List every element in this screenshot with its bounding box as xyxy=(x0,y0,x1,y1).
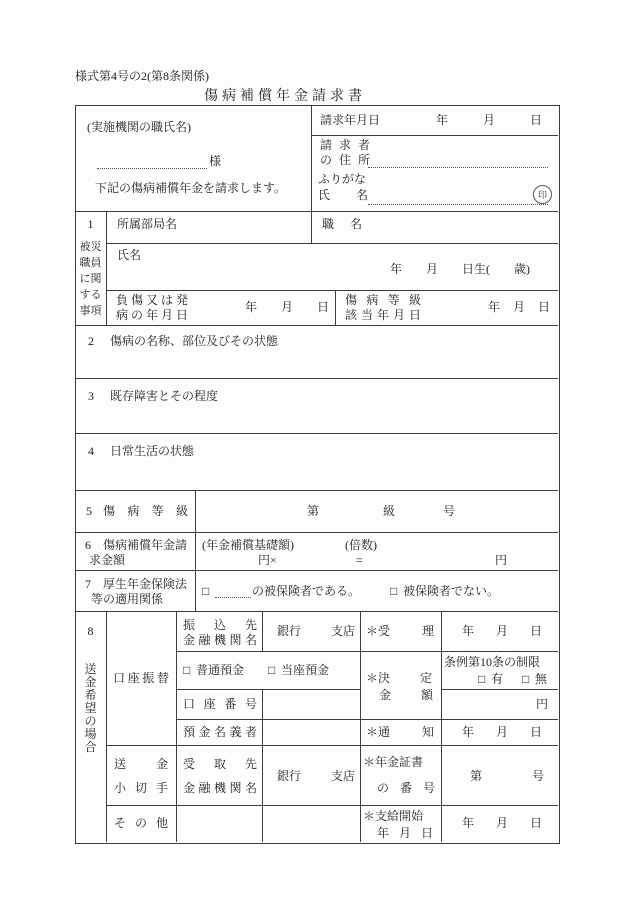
office-notice-label-p2: 知 xyxy=(422,725,434,739)
form-number: 様式第4号の2(第8条関係) xyxy=(75,69,209,83)
bank-label: 銀行 xyxy=(277,624,301,638)
grade-number-label: 号 xyxy=(443,504,455,518)
divider xyxy=(176,611,177,842)
divider xyxy=(106,805,558,806)
name-label: 氏名 xyxy=(318,188,368,202)
divider xyxy=(75,570,558,571)
day-label: 日 xyxy=(530,113,542,127)
page-title: 傷病補償年金請求書 xyxy=(0,85,570,105)
divider xyxy=(106,211,107,325)
receiver-bank-label-line2: 金融機関名 xyxy=(183,781,257,795)
honorific-label: 様 xyxy=(209,154,221,168)
insurer-name-input-line[interactable] xyxy=(215,596,251,598)
multiplier-label: (倍数) xyxy=(345,538,377,552)
address-input-line[interactable] xyxy=(368,166,548,168)
year-label: 年 xyxy=(462,725,474,739)
office-notice-label-p1: ＊通 xyxy=(366,725,390,739)
not-insured-option-label: 被保険者でない。 xyxy=(403,584,499,598)
divider xyxy=(75,378,558,379)
section8-side-label: 送金希望の場合 xyxy=(84,663,98,754)
account-transfer-label: 口座振替 xyxy=(113,671,169,685)
furigana-label: ふりがな xyxy=(318,172,366,186)
seal-label: 印 xyxy=(538,188,547,201)
account-number-label: 口座番号 xyxy=(183,697,257,711)
payment-start-date-field[interactable]: 年 月 日 xyxy=(462,816,542,830)
month-label: 月 xyxy=(483,113,495,127)
payment-start-label-line1: ＊支給開始 xyxy=(363,809,423,823)
employee-name-label: 氏名 xyxy=(117,248,141,262)
year-label: 年 xyxy=(462,624,474,638)
declaration-text: 下記の傷病補償年金を請求します。 xyxy=(95,181,286,195)
section6-label-line2: 求金額 xyxy=(89,553,125,567)
section4-number: 4 xyxy=(88,444,94,458)
payee-bank-label-line2: 金融機関名 xyxy=(183,633,257,647)
request-date-label: 請求年月日 xyxy=(320,113,380,127)
divider xyxy=(75,611,558,612)
divider xyxy=(195,490,196,611)
yen-label: 円 xyxy=(495,553,507,567)
request-date-field[interactable]: 年 月 日 xyxy=(436,113,542,127)
divider xyxy=(176,651,558,652)
check-label-line2: 小切手 xyxy=(114,781,168,795)
divider xyxy=(106,290,558,291)
name-input-line[interactable] xyxy=(368,203,548,205)
year-label: 年 xyxy=(462,816,474,830)
month-label: 月 xyxy=(513,300,525,314)
section3-number: 3 xyxy=(88,389,94,403)
payment-start-label-line2: 年月日 xyxy=(377,826,433,840)
form-page: 様式第4号の2(第8条関係) 傷病補償年金請求書 (実施機関の職氏名) 様 下記… xyxy=(0,0,630,915)
month-label: 月 xyxy=(496,816,508,830)
month-label: 月 xyxy=(496,725,508,739)
divider xyxy=(360,611,361,842)
divider xyxy=(262,611,263,651)
injury-date-field[interactable]: 年 月 日 xyxy=(245,300,329,314)
birthdate-label: 年 月 日生( 歳) xyxy=(390,262,530,276)
section8-number: 8 xyxy=(88,624,94,639)
divider xyxy=(75,490,558,491)
office-decided-label-p3: 金 xyxy=(379,688,391,702)
month-label: 月 xyxy=(496,624,508,638)
year-label: 年 xyxy=(488,300,500,314)
position-label: 職名 xyxy=(322,217,362,231)
notice-date-field[interactable]: 年 月 日 xyxy=(462,725,542,739)
divider xyxy=(75,325,558,326)
divider xyxy=(75,532,558,533)
current-deposit-checkbox[interactable]: □ xyxy=(268,663,275,677)
section3-label: 既存障害とその程度 xyxy=(110,389,218,403)
grade-date-label-line2: 該当年月日 xyxy=(345,308,421,322)
office-decided-label-p4: 額 xyxy=(421,688,433,702)
divider xyxy=(176,719,558,720)
ordinance-yes-label: 有 xyxy=(491,672,503,686)
section7-label-line1: 厚生年金保険法 xyxy=(103,577,187,591)
grade-date-field[interactable]: 年 月 日 xyxy=(488,300,550,314)
divider xyxy=(441,611,442,842)
yen-times-label: 円× xyxy=(258,553,277,567)
divider xyxy=(106,243,558,244)
bank-label: 銀行 xyxy=(277,769,301,783)
grade-ordinal-label: 第 xyxy=(307,504,319,518)
section6-label-line1: 傷病補償年金請 xyxy=(103,538,187,552)
year-label: 年 xyxy=(245,300,257,314)
day-label: 日 xyxy=(317,300,329,314)
office-notice-label: ＊通 知 xyxy=(366,725,434,739)
divider xyxy=(311,105,312,243)
office-received-label-p1: ＊受 xyxy=(366,624,390,638)
department-label: 所属部局名 xyxy=(117,217,177,231)
claimant-label-line1: 請求者 xyxy=(320,138,370,152)
ordinance-yes-checkbox[interactable]: □ xyxy=(478,672,485,686)
section8-side-header: 8 送金希望の場合 xyxy=(76,624,105,754)
not-insured-checkbox[interactable]: □ xyxy=(390,584,397,598)
office-decided-label-p2: 定 xyxy=(420,671,432,685)
divider xyxy=(176,689,360,690)
office-received-label: ＊受 理 xyxy=(366,624,434,638)
ordinary-deposit-checkbox[interactable]: □ xyxy=(183,663,190,677)
divider xyxy=(262,689,263,842)
injury-date-label-line1: 負傷又は発 xyxy=(116,293,188,307)
account-holder-label: 預金名義者 xyxy=(183,725,257,739)
day-label: 日 xyxy=(530,816,542,830)
section6-number: 6 xyxy=(85,538,91,552)
ordinance-no-label: 無 xyxy=(535,672,547,686)
office-decided-label-line2: 金 額 xyxy=(379,688,433,702)
injury-date-label-line2: 病の年月日 xyxy=(116,308,188,322)
section1-side-header: 1 被災職員に関する事項 xyxy=(76,217,105,319)
office-received-label-p2: 理 xyxy=(422,624,434,638)
ordinary-deposit-label: 普通預金 xyxy=(196,663,244,677)
section1-side-label: 被災職員に関する事項 xyxy=(79,239,103,319)
section5-number: 5 xyxy=(86,504,92,518)
month-label: 月 xyxy=(281,300,293,314)
divider xyxy=(75,433,558,434)
received-date-field[interactable]: 年 月 日 xyxy=(462,624,542,638)
section5-label: 傷病等級 xyxy=(103,504,188,518)
other-label: その他 xyxy=(114,816,168,830)
certificate-number-suffix: 号 xyxy=(532,769,544,783)
pension-base-label: (年金補償基礎額) xyxy=(202,538,294,552)
certificate-number-label-line1: ＊年金証書 xyxy=(363,755,423,769)
branch-label: 支店 xyxy=(331,769,355,783)
divider xyxy=(311,135,558,136)
divider xyxy=(106,611,107,842)
insured-option-label: の被保険者である。 xyxy=(252,584,360,598)
equals-label: = xyxy=(356,553,363,567)
decided-amount-yen-label: 円 xyxy=(536,697,548,711)
ordinance-limit-label: 条例第10条の制限 xyxy=(444,655,540,669)
year-label: 年 xyxy=(436,113,448,127)
day-label: 日 xyxy=(538,300,550,314)
claimant-label-line2: の住所 xyxy=(320,153,370,167)
day-label: 日 xyxy=(530,624,542,638)
section1-number: 1 xyxy=(88,217,94,232)
section2-number: 2 xyxy=(88,334,94,348)
divider xyxy=(75,211,558,212)
divider xyxy=(335,290,336,325)
divider xyxy=(441,689,558,690)
ordinance-no-checkbox[interactable]: □ xyxy=(522,672,529,686)
divider xyxy=(106,745,558,746)
section2-label: 傷病の名称、部位及びその状態 xyxy=(110,334,278,348)
grade-date-label-line1: 傷病等級 xyxy=(345,293,421,307)
seal-mark[interactable]: 印 xyxy=(533,185,552,204)
certificate-number-prefix: 第 xyxy=(470,769,482,783)
agency-label: (実施機関の職氏名) xyxy=(87,120,191,134)
grade-class-label: 級 xyxy=(383,504,395,518)
recipient-input-line[interactable] xyxy=(97,167,207,169)
branch-label: 支店 xyxy=(331,624,355,638)
receiver-bank-label-line1: 受取先 xyxy=(183,757,257,771)
check-label-line1: 送金 xyxy=(114,757,168,771)
office-decided-label-p1: ＊決 xyxy=(366,671,390,685)
insured-checkbox[interactable]: □ xyxy=(202,584,209,598)
section4-label: 日常生活の状態 xyxy=(110,444,194,458)
current-deposit-label: 当座預金 xyxy=(281,663,329,677)
certificate-number-label-line2: の番号 xyxy=(377,781,435,795)
section7-number: 7 xyxy=(85,577,91,591)
payee-bank-label-line1: 振込先 xyxy=(183,618,257,632)
day-label: 日 xyxy=(530,725,542,739)
office-decided-label-line1: ＊決 定 xyxy=(366,671,432,685)
section7-label-line2: 等の適用関係 xyxy=(91,592,163,606)
